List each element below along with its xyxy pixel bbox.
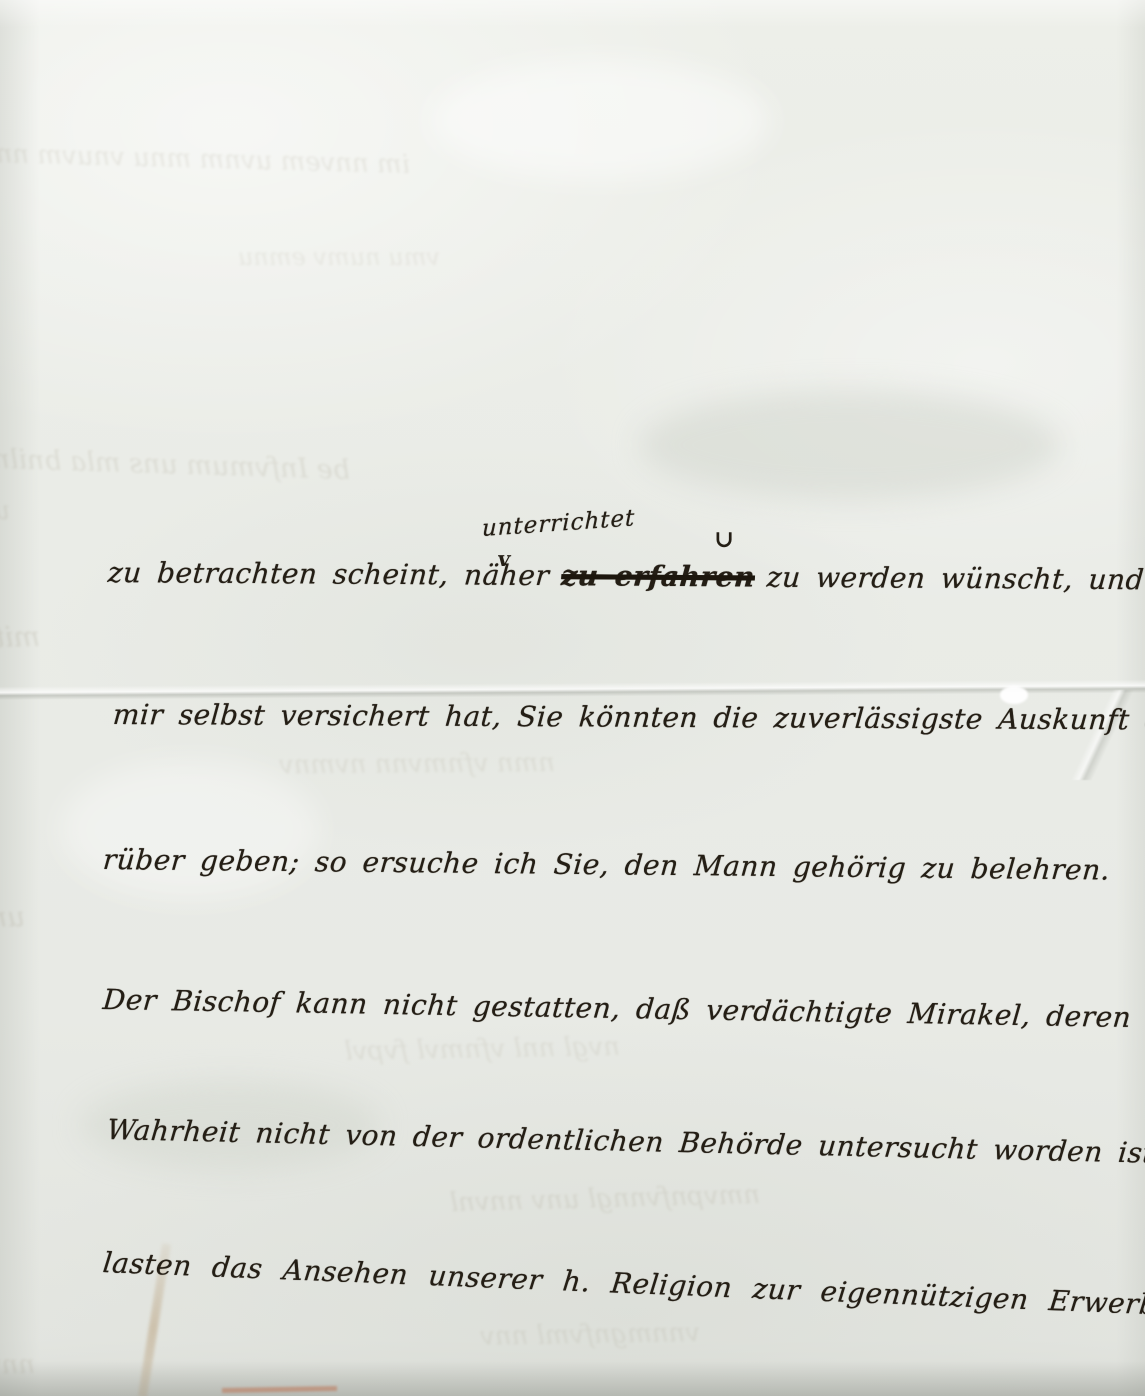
bleedthrough-ghost-line: im nnvem uvnm mnu vnuvm nnv uum [0, 137, 410, 180]
manuscript-line-4: Der Bischof kann nicht gestatten, daß ve… [102, 983, 1133, 1034]
manuscript-line-1: zu betrachten scheint, näherzu erfahrenz… [107, 556, 1145, 597]
bleedthrough-ghost-line: nvgl nnl vfnmvl fvpvl [344, 1032, 620, 1067]
bleedthrough-ghost-line: nmn vfnmvnn nvmnv [279, 748, 555, 780]
bleedthrough-ghost-line: mit Lnvpvl für Pnl nmvgnl nmpvlapvl nnvl [0, 620, 40, 663]
line1-text-before: zu betrachten scheint, näher [107, 556, 551, 592]
bleedthrough-ghost-line: vmu numv emnu [238, 243, 440, 271]
bleedthrough-ghost-line: nnvl unfvnngl nnvmv [0, 1350, 35, 1382]
manuscript-line-2: mir selbst versichert hat, Sie könnten d… [112, 698, 1145, 737]
paper-texture-patch [640, 390, 1060, 500]
manuscript-line-6: lasten das Ansehen unserer h. Religion z… [101, 1246, 1145, 1322]
u-breve-mark: ∪ [714, 524, 734, 553]
bleedthrough-ghost-line: uns nnvmngvnfvnm un nnvn pfafvnnnn nnpvn… [0, 900, 25, 951]
letter-page: im nnvem uvnm mnu vnuvm nnv uum vmu numv… [0, 0, 1145, 1396]
paper-texture-patch [60, 760, 320, 900]
stain-mark [222, 1386, 337, 1393]
bleedthrough-ghost-line: nmvpnfvnngl unv nnvnl [450, 1180, 761, 1218]
bleedthrough-ghost-line: be Infvmum uns mla bnilnfvnl vlmnnm nvu … [0, 436, 350, 486]
inserted-word: unterrichtet [482, 505, 636, 542]
paper-chip [1000, 686, 1028, 704]
bleedthrough-ghost-line: vnnmgnfvml nnv [480, 1318, 700, 1352]
paper-texture-patch [430, 60, 770, 180]
line1-text-after: zu werden wünscht, und wer [766, 561, 1145, 597]
bleedthrough-ghost-line: unn mruvfvnm nvmu wme nnvu [0, 492, 10, 526]
struck-word: zu erfahren [560, 559, 756, 593]
